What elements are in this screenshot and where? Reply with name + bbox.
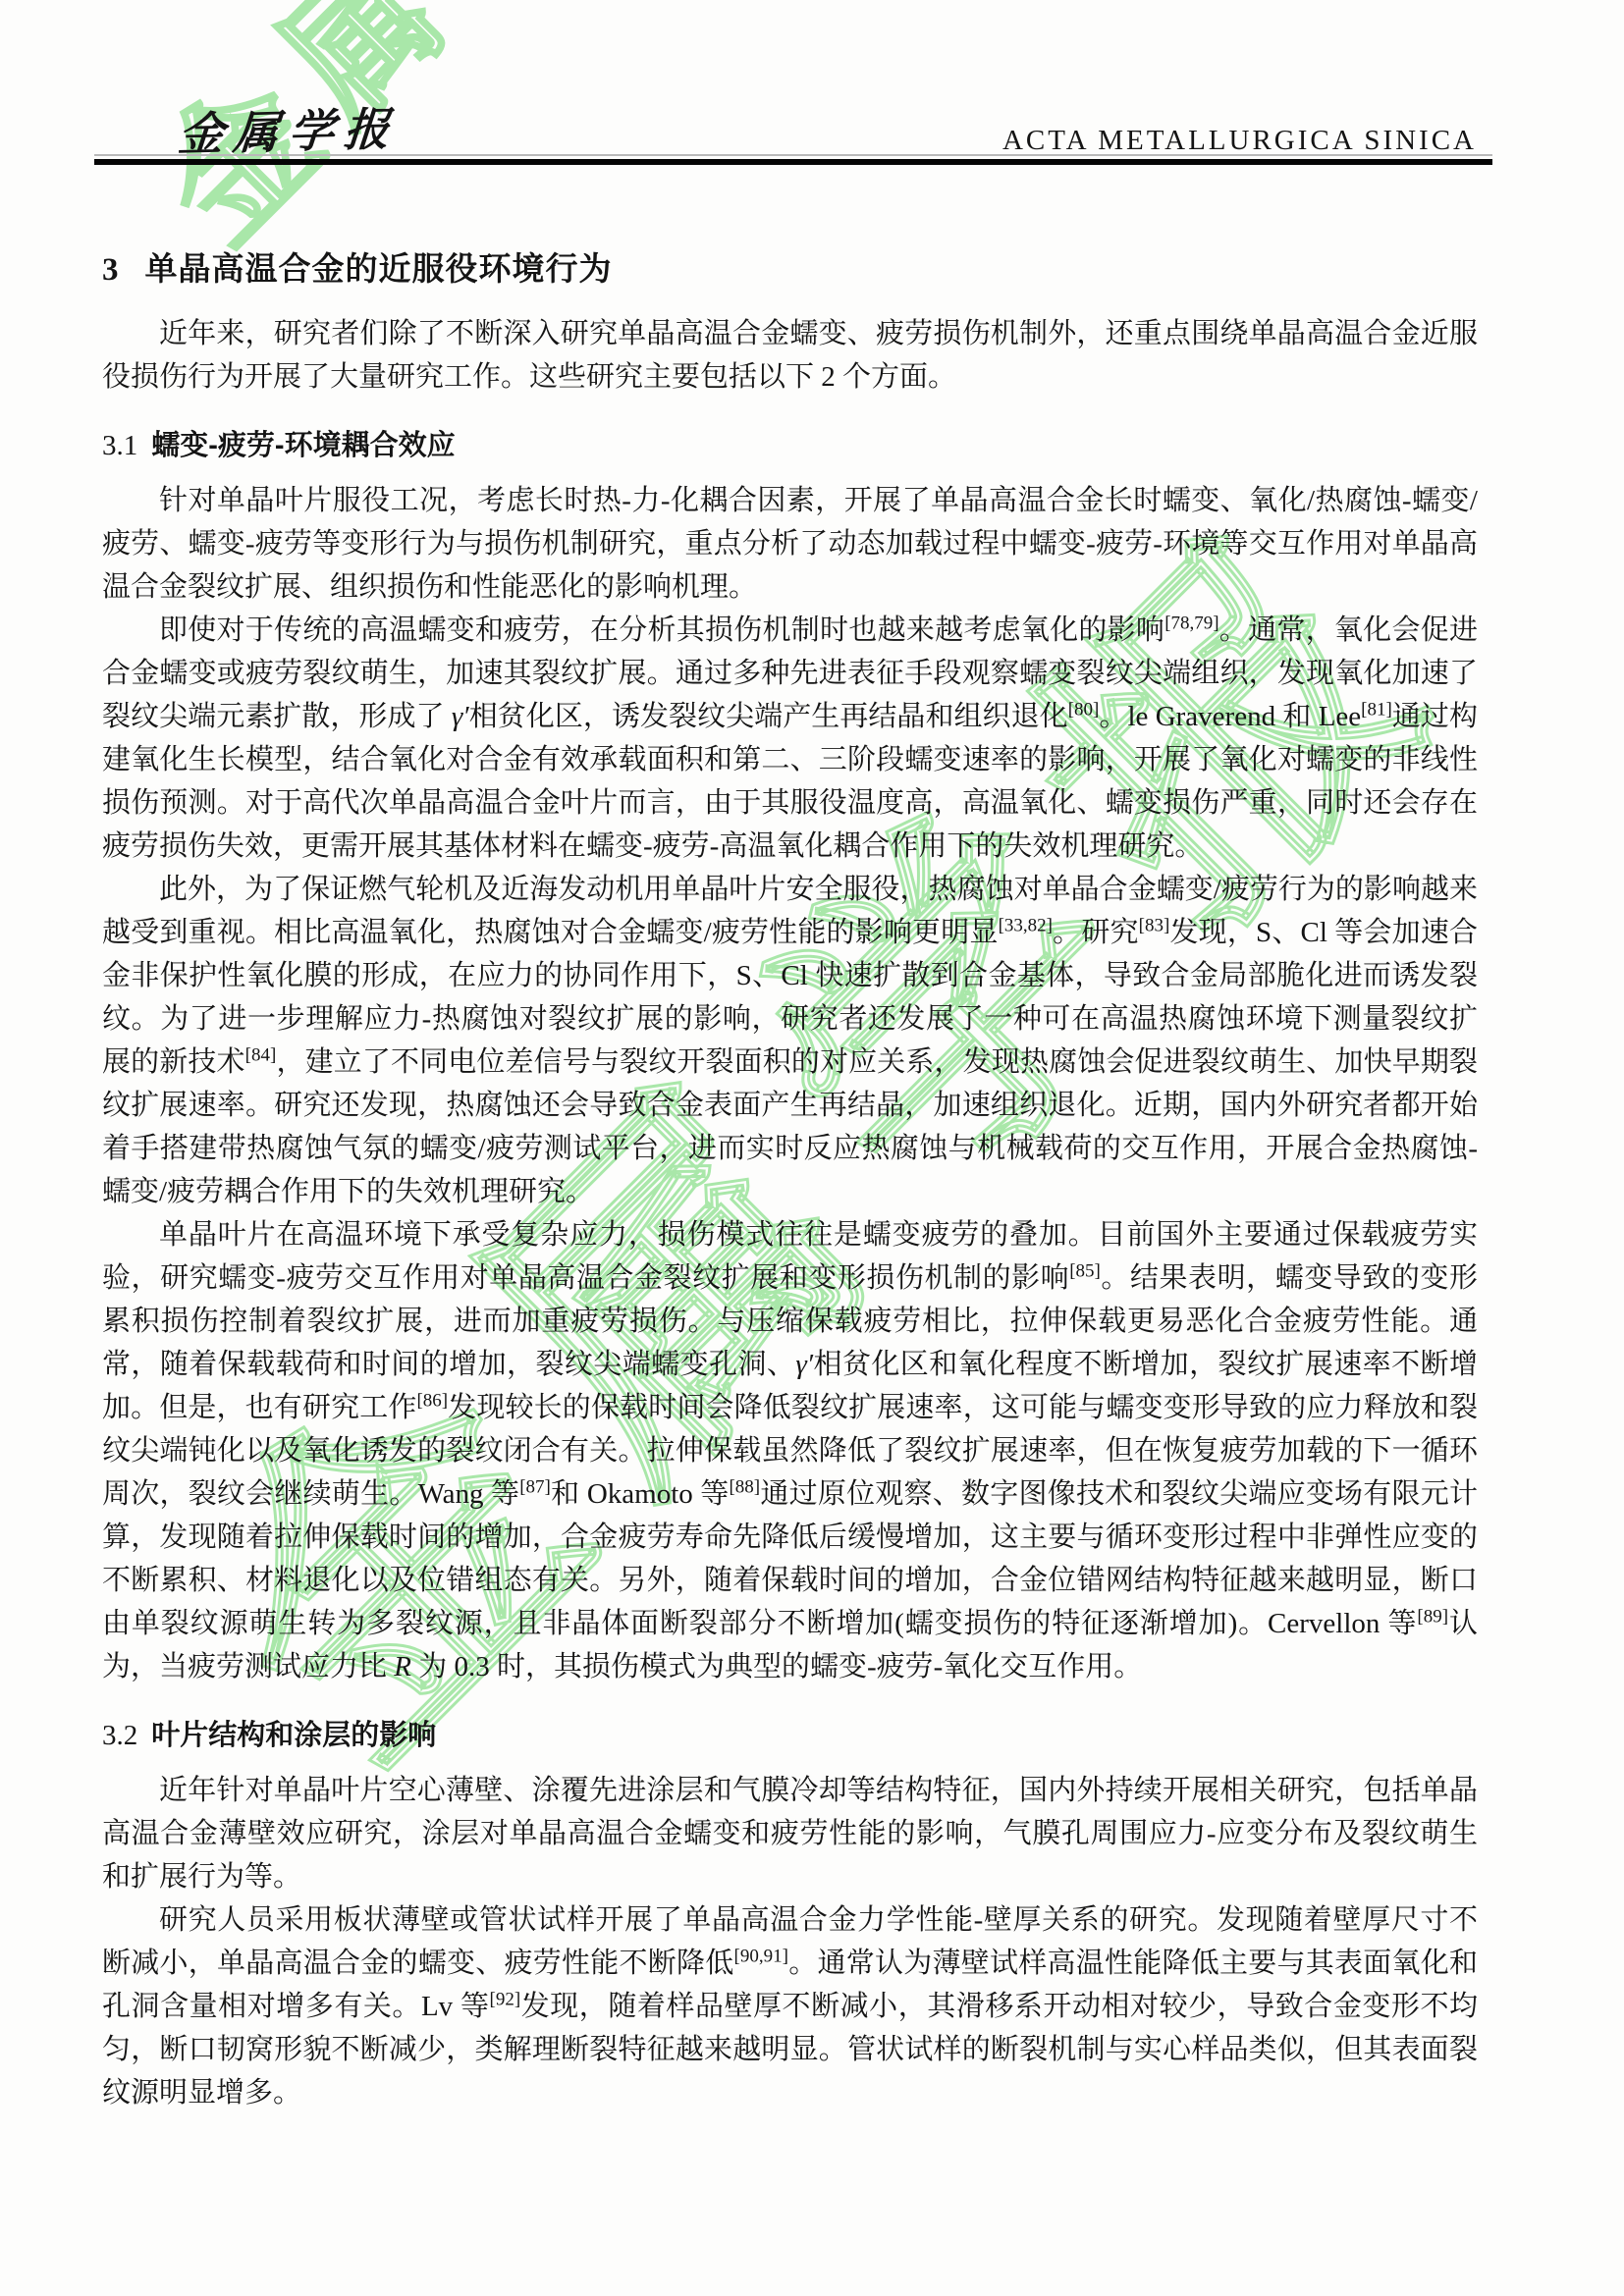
text-run: 即使对于传统的高温蠕变和疲劳，在分析其损伤机制时也越来越考虑氧化的影响 [159, 614, 1164, 646]
reference-superscript: [81] [1361, 699, 1392, 720]
text-run: 为 0.3 时，其损伤模式为典型的蠕变-疲劳-氧化交互作用。 [411, 1651, 1142, 1682]
header-rule [94, 159, 1492, 165]
text-run: 针对单晶叶片服役工况，考虑长时热-力-化耦合因素，开展了单晶高温合金长时蠕变、氧… [102, 485, 1478, 603]
paragraph: 近年来，研究者们除了不断深入研究单晶高温合金蠕变、疲劳损伤机制外，还重点围绕单晶… [102, 312, 1478, 399]
text-run: 近年针对单晶叶片空心薄壁、涂覆先进涂层和气膜冷却等结构特征，国内外持续开展相关研… [102, 1775, 1478, 1893]
reference-superscript: [84] [245, 1044, 277, 1065]
heading-title: 单晶高温合金的近服役环境行为 [145, 250, 613, 287]
heading-number: 3 [102, 252, 120, 288]
section-heading-3: 3单晶高温合金的近服役环境行为 [102, 249, 1478, 291]
journal-name: ACTA METALLURGICA SINICA [1002, 127, 1477, 155]
reference-superscript: [88] [729, 1476, 760, 1497]
text-run: 和 Okamoto 等 [551, 1478, 730, 1510]
paragraph: 此外，为了保证燃气轮机及近海发动机用单晶叶片安全服役，热腐蚀对单晶合金蠕变/疲劳… [102, 868, 1478, 1213]
paragraph: 针对单晶叶片服役工况，考虑长时热-力-化耦合因素，开展了单晶高温合金长时蠕变、氧… [102, 479, 1478, 609]
reference-superscript: [83] [1139, 915, 1170, 935]
italic-symbol: γ′ [795, 1349, 813, 1380]
text-run: 相贫化区，诱发裂纹尖端产生再结晶和组织退化 [469, 701, 1068, 732]
reference-superscript: [89] [1417, 1606, 1448, 1627]
text-run: ，建立了不同电位差信号与裂纹开裂面积的对应关系，发现热腐蚀会促进裂纹萌生、加快早… [102, 1046, 1478, 1207]
page-header: 金属学报 ACTA METALLURGICA SINICA [102, 94, 1477, 155]
paragraph: 即使对于传统的高温蠕变和疲劳，在分析其损伤机制时也越来越考虑氧化的影响[78,7… [102, 609, 1478, 868]
journal-logo: 金属学报 [177, 107, 401, 158]
reference-superscript: [86] [416, 1390, 448, 1411]
reference-superscript: [85] [1069, 1260, 1101, 1281]
reference-superscript: [78,79] [1164, 613, 1218, 633]
paragraph: 近年针对单晶叶片空心薄壁、涂覆先进涂层和气膜冷却等结构特征，国内外持续开展相关研… [102, 1769, 1478, 1898]
header-rule-thin [94, 154, 1492, 156]
heading-number: 3.1 [102, 430, 137, 461]
scanned-paper-page: 金属学报 金属学报 金属学报 ACTA METALLURGICA SINICA … [0, 0, 1624, 2296]
reference-superscript: [92] [490, 1989, 521, 2009]
text-run: 。研究 [1053, 917, 1139, 948]
heading-title: 蠕变-疲劳-环境耦合效应 [151, 430, 455, 461]
text-run: 。le Graverend 和 Lee [1099, 701, 1361, 732]
italic-symbol: R [394, 1651, 411, 1682]
italic-symbol: γ′ [452, 701, 469, 732]
paragraph: 研究人员采用板状薄壁或管状试样开展了单晶高温合金力学性能-壁厚关系的研究。发现随… [102, 1898, 1478, 2114]
text-run: 近年来，研究者们除了不断深入研究单晶高温合金蠕变、疲劳损伤机制外，还重点围绕单晶… [102, 318, 1478, 393]
reference-superscript: [90,91] [734, 1946, 788, 1966]
heading-title: 叶片结构和涂层的影响 [151, 1720, 436, 1751]
section-heading-3.1: 3.1蠕变-疲劳-环境耦合效应 [102, 428, 1478, 463]
reference-superscript: [80] [1068, 699, 1100, 720]
section-heading-3.2: 3.2叶片结构和涂层的影响 [102, 1718, 1478, 1753]
reference-superscript: [33,82] [999, 915, 1053, 935]
paragraph: 单晶叶片在高温环境下承受复杂应力，损伤模式往往是蠕变疲劳的叠加。目前国外主要通过… [102, 1213, 1478, 1688]
reference-superscript: [87] [519, 1476, 551, 1497]
heading-number: 3.2 [102, 1720, 137, 1751]
article-content: 3单晶高温合金的近服役环境行为近年来，研究者们除了不断深入研究单晶高温合金蠕变、… [102, 200, 1478, 2114]
